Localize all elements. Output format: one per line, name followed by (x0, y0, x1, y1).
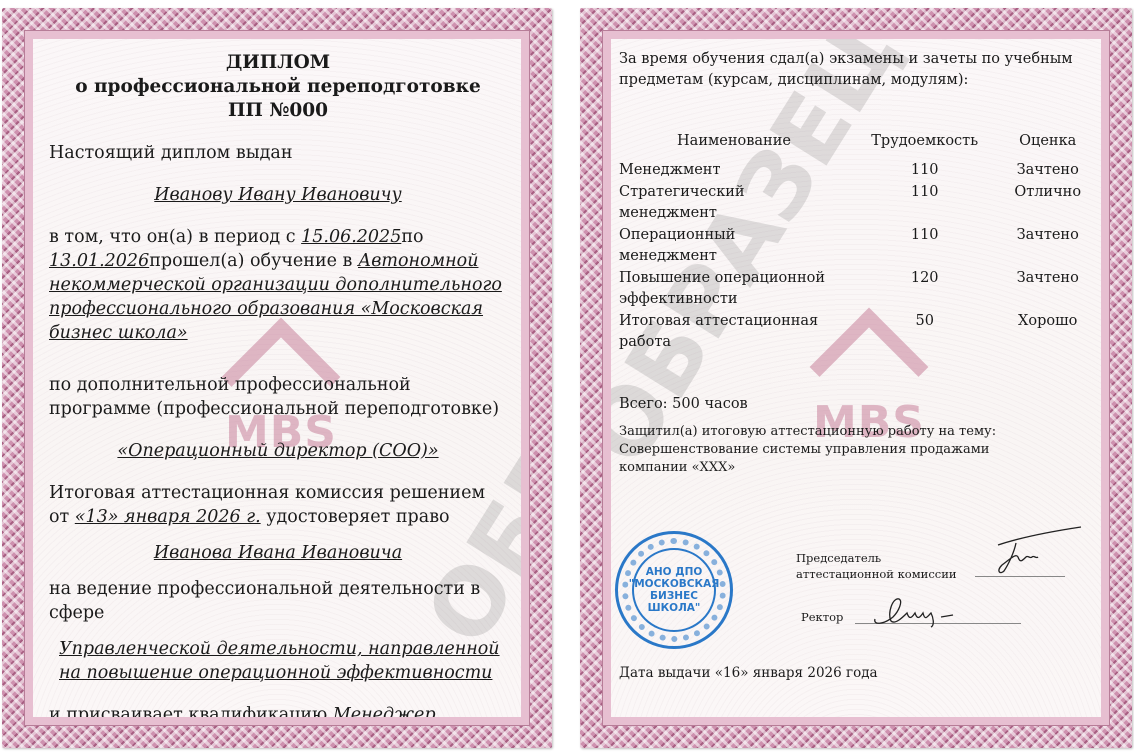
exams-intro-line1: За время обучения сдал(а) экзамены и зач… (619, 49, 1095, 70)
qualification: Менеджер (333, 705, 436, 717)
subject-name: Операционныйменеджмент (619, 225, 849, 268)
date-to: 13.01.2026 (49, 251, 149, 271)
subject-name: Стратегическийменеджмент (619, 182, 849, 225)
diploma-number: ПП №000 (49, 99, 507, 123)
back-page-content: За время обучения сдал(а) экзамены и зач… (619, 49, 1095, 477)
activity-line2: сфере (49, 601, 507, 625)
header-name: Наименование (619, 131, 849, 160)
total-hours: Всего: 500 часов (619, 394, 1095, 415)
rector-label: Ректор (801, 609, 843, 625)
activity-line1: на ведение профессиональной деятельности… (49, 577, 507, 601)
org-line4: бизнес школа» (49, 323, 188, 343)
subject-hours: 120 (849, 268, 1000, 311)
diploma-subtitle: о профессиональной переподготовке (49, 75, 507, 99)
diploma-back-page: MBS ОБРАЗЕЦ За время обучения сдал(а) эк… (580, 8, 1132, 748)
rector-signature-icon (869, 595, 979, 629)
issue-date: Дата выдачи «16» января 2026 года (619, 665, 878, 681)
org-line1: Автономной (358, 251, 478, 271)
sphere-line2: на повышение операционной эффективности (59, 663, 492, 683)
paper-area: MBS ОБРАЗЕЦ За время обучения сдал(а) эк… (611, 39, 1101, 717)
subject-name: Менеджмент (619, 160, 849, 182)
period-prefix: в том, что он(а) в период с (49, 227, 296, 247)
program-name: «Операционный директор (COO)» (117, 441, 438, 461)
study-period-text: в том, что он(а) в период с 15.06.2025по… (49, 225, 507, 345)
org-line3: профессионального образования «Московска… (49, 299, 483, 319)
thesis-line2: компании «XXX» (619, 459, 1095, 477)
subjects-table: Наименование Трудоемкость Оценка Менеджм… (619, 131, 1095, 354)
ornamental-frame: MBS ОБРАЗЕЦ ДИПЛОМ о профессиональной пе… (24, 30, 530, 726)
subject-grade: Хорошо (1000, 311, 1095, 354)
table-row: Итоговая аттестационнаяработа 50 Хорошо (619, 311, 1095, 354)
header-grade: Оценка (1000, 131, 1095, 160)
qualification-prefix: и присваивает квалификацию (49, 705, 327, 717)
date-from: 15.06.2025 (301, 227, 401, 247)
recipient-dative: Иванову Ивану Ивановичу (154, 185, 401, 205)
recipient-genitive: Иванова Ивана Ивановича (154, 543, 402, 563)
decision-suffix: удостоверяет право (266, 507, 449, 527)
sphere-line1: Управленческой деятельности, направленно… (59, 639, 500, 659)
subject-hours: 50 (849, 311, 1000, 354)
subject-hours: 110 (849, 160, 1000, 182)
front-page-content: ДИПЛОМ о профессиональной переподготовке… (49, 51, 507, 717)
thesis-intro: Защитил(а) итоговую аттестационную работ… (619, 423, 1095, 441)
table-row: Стратегическийменеджмент 110 Отлично (619, 182, 1095, 225)
subject-grade: Зачтено (1000, 225, 1095, 268)
subject-grade: Зачтено (1000, 268, 1095, 311)
stamp-text: АНО ДПО "МОСКОВСКАЯ БИЗНЕС ШКОЛА" (629, 566, 720, 614)
period-to: по (401, 227, 423, 247)
diploma-title: ДИПЛОМ (49, 51, 507, 75)
subject-grade: Отлично (1000, 182, 1095, 225)
org-line2: некоммерческой организации дополнительно… (49, 275, 502, 295)
header-hours: Трудоемкость (849, 131, 1000, 160)
subject-hours: 110 (849, 225, 1000, 268)
subject-name: Итоговая аттестационнаяработа (619, 311, 849, 354)
qualification-line: и присваивает квалификацию Менеджер (49, 703, 507, 717)
ornamental-frame: MBS ОБРАЗЕЦ За время обучения сдал(а) эк… (602, 30, 1110, 726)
table-row: Операционныйменеджмент 110 Зачтено (619, 225, 1095, 268)
table-row: Менеджмент 110 Зачтено (619, 160, 1095, 182)
organization-stamp: АНО ДПО "МОСКОВСКАЯ БИЗНЕС ШКОЛА" (615, 531, 733, 649)
decision-line: от «13» января 2026 г. удостоверяет прав… (49, 505, 507, 529)
chairman-signature-icon (986, 523, 1086, 577)
diploma-front-page: MBS ОБРАЗЕЦ ДИПЛОМ о профессиональной пе… (2, 8, 552, 748)
program-line1: по дополнительной профессиональной (49, 373, 507, 397)
table-header-row: Наименование Трудоемкость Оценка (619, 131, 1095, 160)
chairman-label: Председатель аттестационной комиссии (796, 550, 957, 582)
thesis-line1: Совершенствование системы управления про… (619, 441, 1095, 459)
program-line2: программе (профессиональной переподготов… (49, 397, 507, 421)
table-row: Повышение операционнойэффективности 120 … (619, 268, 1095, 311)
decision-date: «13» января 2026 г. (75, 507, 261, 527)
subject-hours: 110 (849, 182, 1000, 225)
subject-name: Повышение операционнойэффективности (619, 268, 849, 311)
issued-intro: Настоящий диплом выдан (49, 141, 507, 165)
decision-prefix: от (49, 507, 69, 527)
commission-line: Итоговая аттестационная комиссия решение… (49, 481, 507, 505)
subject-grade: Зачтено (1000, 160, 1095, 182)
study-text: прошел(а) обучение в (149, 251, 352, 271)
paper-area: MBS ОБРАЗЕЦ ДИПЛОМ о профессиональной пе… (33, 39, 521, 717)
exams-intro-line2: предметам (курсам, дисциплинам, модулям)… (619, 70, 1095, 91)
